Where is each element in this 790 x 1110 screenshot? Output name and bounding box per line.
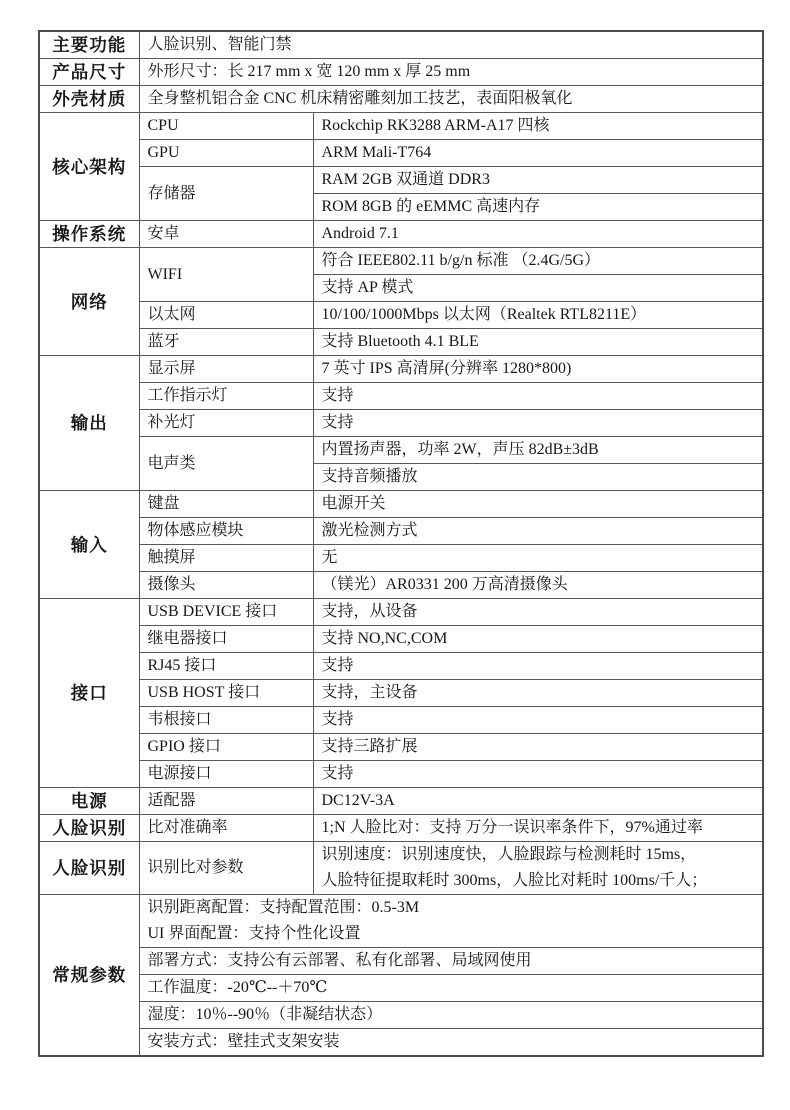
category-cell: 常规参数 bbox=[39, 895, 139, 1057]
category-cell: 产品尺寸 bbox=[39, 59, 139, 86]
sub-cell: 以太网 bbox=[139, 302, 313, 329]
table-row: 人脸识别比对准确率1;N 人脸比对：支持 万分一误识率条件下，97%通过率 bbox=[39, 815, 763, 842]
sub-cell: 显示屏 bbox=[139, 356, 313, 383]
table-row: 电源接口支持 bbox=[39, 761, 763, 788]
category-cell: 人脸识别 bbox=[39, 815, 139, 842]
spec-sheet: 主要功能人脸识别、智能门禁产品尺寸外形尺寸：长 217 mm x 宽 120 m… bbox=[0, 0, 790, 1057]
table-row: 物体感应模块激光检测方式 bbox=[39, 518, 763, 545]
value-cell: 支持 bbox=[313, 653, 763, 680]
category-cell: 接口 bbox=[39, 599, 139, 788]
sub-cell: USB DEVICE 接口 bbox=[139, 599, 313, 626]
value-cell: 支持 AP 模式 bbox=[313, 275, 763, 302]
table-row: 常规参数识别距离配置：支持配置范围：0.5-3M UI 界面配置：支持个性化设置 bbox=[39, 895, 763, 948]
value-cell: 内置扬声器，功率 2W，声压 82dB±3dB bbox=[313, 437, 763, 464]
sub-cell: 韦根接口 bbox=[139, 707, 313, 734]
value-cell: 电源开关 bbox=[313, 491, 763, 518]
sub-cell: 摄像头 bbox=[139, 572, 313, 599]
value-cell: 符合 IEEE802.11 b/g/n 标准 （2.4G/5G） bbox=[313, 248, 763, 275]
value-cell: 7 英寸 IPS 高清屏(分辨率 1280*800) bbox=[313, 356, 763, 383]
table-row: RJ45 接口支持 bbox=[39, 653, 763, 680]
sub-cell: 触摸屏 bbox=[139, 545, 313, 572]
table-row: 电声类内置扬声器，功率 2W，声压 82dB±3dB bbox=[39, 437, 763, 464]
value-cell: 人脸识别、智能门禁 bbox=[139, 31, 763, 59]
value-cell: ARM Mali-T764 bbox=[313, 140, 763, 167]
value-cell: 支持音频播放 bbox=[313, 464, 763, 491]
value-cell: Rockchip RK3288 ARM-A17 四核 bbox=[313, 113, 763, 140]
value-cell: 支持，从设备 bbox=[313, 599, 763, 626]
sub-cell: 补光灯 bbox=[139, 410, 313, 437]
table-row: 摄像头（镁光）AR0331 200 万高清摄像头 bbox=[39, 572, 763, 599]
value-cell: ROM 8GB 的 eEMMC 高速内存 bbox=[313, 194, 763, 221]
value-cell: 无 bbox=[313, 545, 763, 572]
category-cell: 操作系统 bbox=[39, 221, 139, 248]
sub-cell: 安卓 bbox=[139, 221, 313, 248]
value-cell: 工作温度：-20℃--＋70℃ bbox=[139, 975, 763, 1002]
value-cell: 支持 Bluetooth 4.1 BLE bbox=[313, 329, 763, 356]
value-cell: 湿度：10％--90％（非凝结状态） bbox=[139, 1002, 763, 1029]
value-cell: 安装方式：壁挂式支架安装 bbox=[139, 1029, 763, 1057]
category-cell: 输出 bbox=[39, 356, 139, 491]
category-cell: 输入 bbox=[39, 491, 139, 599]
table-row: 主要功能人脸识别、智能门禁 bbox=[39, 31, 763, 59]
value-cell: 支持，主设备 bbox=[313, 680, 763, 707]
table-row: 电源适配器DC12V-3A bbox=[39, 788, 763, 815]
category-cell: 网络 bbox=[39, 248, 139, 356]
value-cell: 全身整机铝合金 CNC 机床精密雕刻加工技艺，表面阳极氧化 bbox=[139, 86, 763, 113]
sub-cell: 物体感应模块 bbox=[139, 518, 313, 545]
table-row: 触摸屏无 bbox=[39, 545, 763, 572]
value-cell: Android 7.1 bbox=[313, 221, 763, 248]
sub-cell: CPU bbox=[139, 113, 313, 140]
sub-cell: GPU bbox=[139, 140, 313, 167]
sub-cell: 工作指示灯 bbox=[139, 383, 313, 410]
sub-cell: 键盘 bbox=[139, 491, 313, 518]
sub-cell: 电声类 bbox=[139, 437, 313, 491]
sub-cell: 存储器 bbox=[139, 167, 313, 221]
sub-cell: 识别比对参数 bbox=[139, 842, 313, 895]
table-row: 工作温度：-20℃--＋70℃ bbox=[39, 975, 763, 1002]
table-row: 输出显示屏7 英寸 IPS 高清屏(分辨率 1280*800) bbox=[39, 356, 763, 383]
table-row: 补光灯支持 bbox=[39, 410, 763, 437]
sub-cell: WIFI bbox=[139, 248, 313, 302]
value-cell: 支持 bbox=[313, 383, 763, 410]
table-row: GPIO 接口支持三路扩展 bbox=[39, 734, 763, 761]
category-cell: 外壳材质 bbox=[39, 86, 139, 113]
category-cell: 人脸识别 bbox=[39, 842, 139, 895]
table-row: USB HOST 接口支持，主设备 bbox=[39, 680, 763, 707]
table-row: 部署方式：支持公有云部署、私有化部署、局域网使用 bbox=[39, 948, 763, 975]
value-cell: 1;N 人脸比对：支持 万分一误识率条件下，97%通过率 bbox=[313, 815, 763, 842]
sub-cell: GPIO 接口 bbox=[139, 734, 313, 761]
table-row: 输入键盘电源开关 bbox=[39, 491, 763, 518]
sub-cell: RJ45 接口 bbox=[139, 653, 313, 680]
table-row: GPUARM Mali-T764 bbox=[39, 140, 763, 167]
sub-cell: USB HOST 接口 bbox=[139, 680, 313, 707]
table-row: 存储器RAM 2GB 双通道 DDR3 bbox=[39, 167, 763, 194]
value-cell: 识别速度：识别速度快，人脸跟踪与检测耗时 15ms， 人脸特征提取耗时 300m… bbox=[313, 842, 763, 895]
value-cell: 识别距离配置：支持配置范围：0.5-3M UI 界面配置：支持个性化设置 bbox=[139, 895, 763, 948]
sub-cell: 适配器 bbox=[139, 788, 313, 815]
value-cell: 外形尺寸：长 217 mm x 宽 120 mm x 厚 25 mm bbox=[139, 59, 763, 86]
value-cell: 支持三路扩展 bbox=[313, 734, 763, 761]
sub-cell: 比对准确率 bbox=[139, 815, 313, 842]
spec-table-body: 主要功能人脸识别、智能门禁产品尺寸外形尺寸：长 217 mm x 宽 120 m… bbox=[39, 31, 763, 1056]
value-cell: DC12V-3A bbox=[313, 788, 763, 815]
table-row: 接口USB DEVICE 接口支持，从设备 bbox=[39, 599, 763, 626]
category-cell: 核心架构 bbox=[39, 113, 139, 221]
sub-cell: 继电器接口 bbox=[139, 626, 313, 653]
category-cell: 主要功能 bbox=[39, 31, 139, 59]
value-cell: 支持 bbox=[313, 761, 763, 788]
value-cell: 部署方式：支持公有云部署、私有化部署、局域网使用 bbox=[139, 948, 763, 975]
table-row: 人脸识别识别比对参数识别速度：识别速度快，人脸跟踪与检测耗时 15ms， 人脸特… bbox=[39, 842, 763, 895]
table-row: 网络WIFI符合 IEEE802.11 b/g/n 标准 （2.4G/5G） bbox=[39, 248, 763, 275]
table-row: 蓝牙支持 Bluetooth 4.1 BLE bbox=[39, 329, 763, 356]
value-cell: （镁光）AR0331 200 万高清摄像头 bbox=[313, 572, 763, 599]
value-cell: 10/100/1000Mbps 以太网（Realtek RTL8211E） bbox=[313, 302, 763, 329]
spec-table: 主要功能人脸识别、智能门禁产品尺寸外形尺寸：长 217 mm x 宽 120 m… bbox=[38, 30, 764, 1057]
category-cell: 电源 bbox=[39, 788, 139, 815]
value-cell: RAM 2GB 双通道 DDR3 bbox=[313, 167, 763, 194]
table-row: 安装方式：壁挂式支架安装 bbox=[39, 1029, 763, 1057]
table-row: 外壳材质全身整机铝合金 CNC 机床精密雕刻加工技艺，表面阳极氧化 bbox=[39, 86, 763, 113]
table-row: 操作系统安卓Android 7.1 bbox=[39, 221, 763, 248]
sub-cell: 蓝牙 bbox=[139, 329, 313, 356]
table-row: 韦根接口支持 bbox=[39, 707, 763, 734]
table-row: 产品尺寸外形尺寸：长 217 mm x 宽 120 mm x 厚 25 mm bbox=[39, 59, 763, 86]
value-cell: 激光检测方式 bbox=[313, 518, 763, 545]
value-cell: 支持 bbox=[313, 410, 763, 437]
table-row: 工作指示灯支持 bbox=[39, 383, 763, 410]
table-row: 继电器接口支持 NO,NC,COM bbox=[39, 626, 763, 653]
value-cell: 支持 NO,NC,COM bbox=[313, 626, 763, 653]
table-row: 核心架构CPURockchip RK3288 ARM-A17 四核 bbox=[39, 113, 763, 140]
table-row: 湿度：10％--90％（非凝结状态） bbox=[39, 1002, 763, 1029]
table-row: 以太网10/100/1000Mbps 以太网（Realtek RTL8211E） bbox=[39, 302, 763, 329]
value-cell: 支持 bbox=[313, 707, 763, 734]
sub-cell: 电源接口 bbox=[139, 761, 313, 788]
